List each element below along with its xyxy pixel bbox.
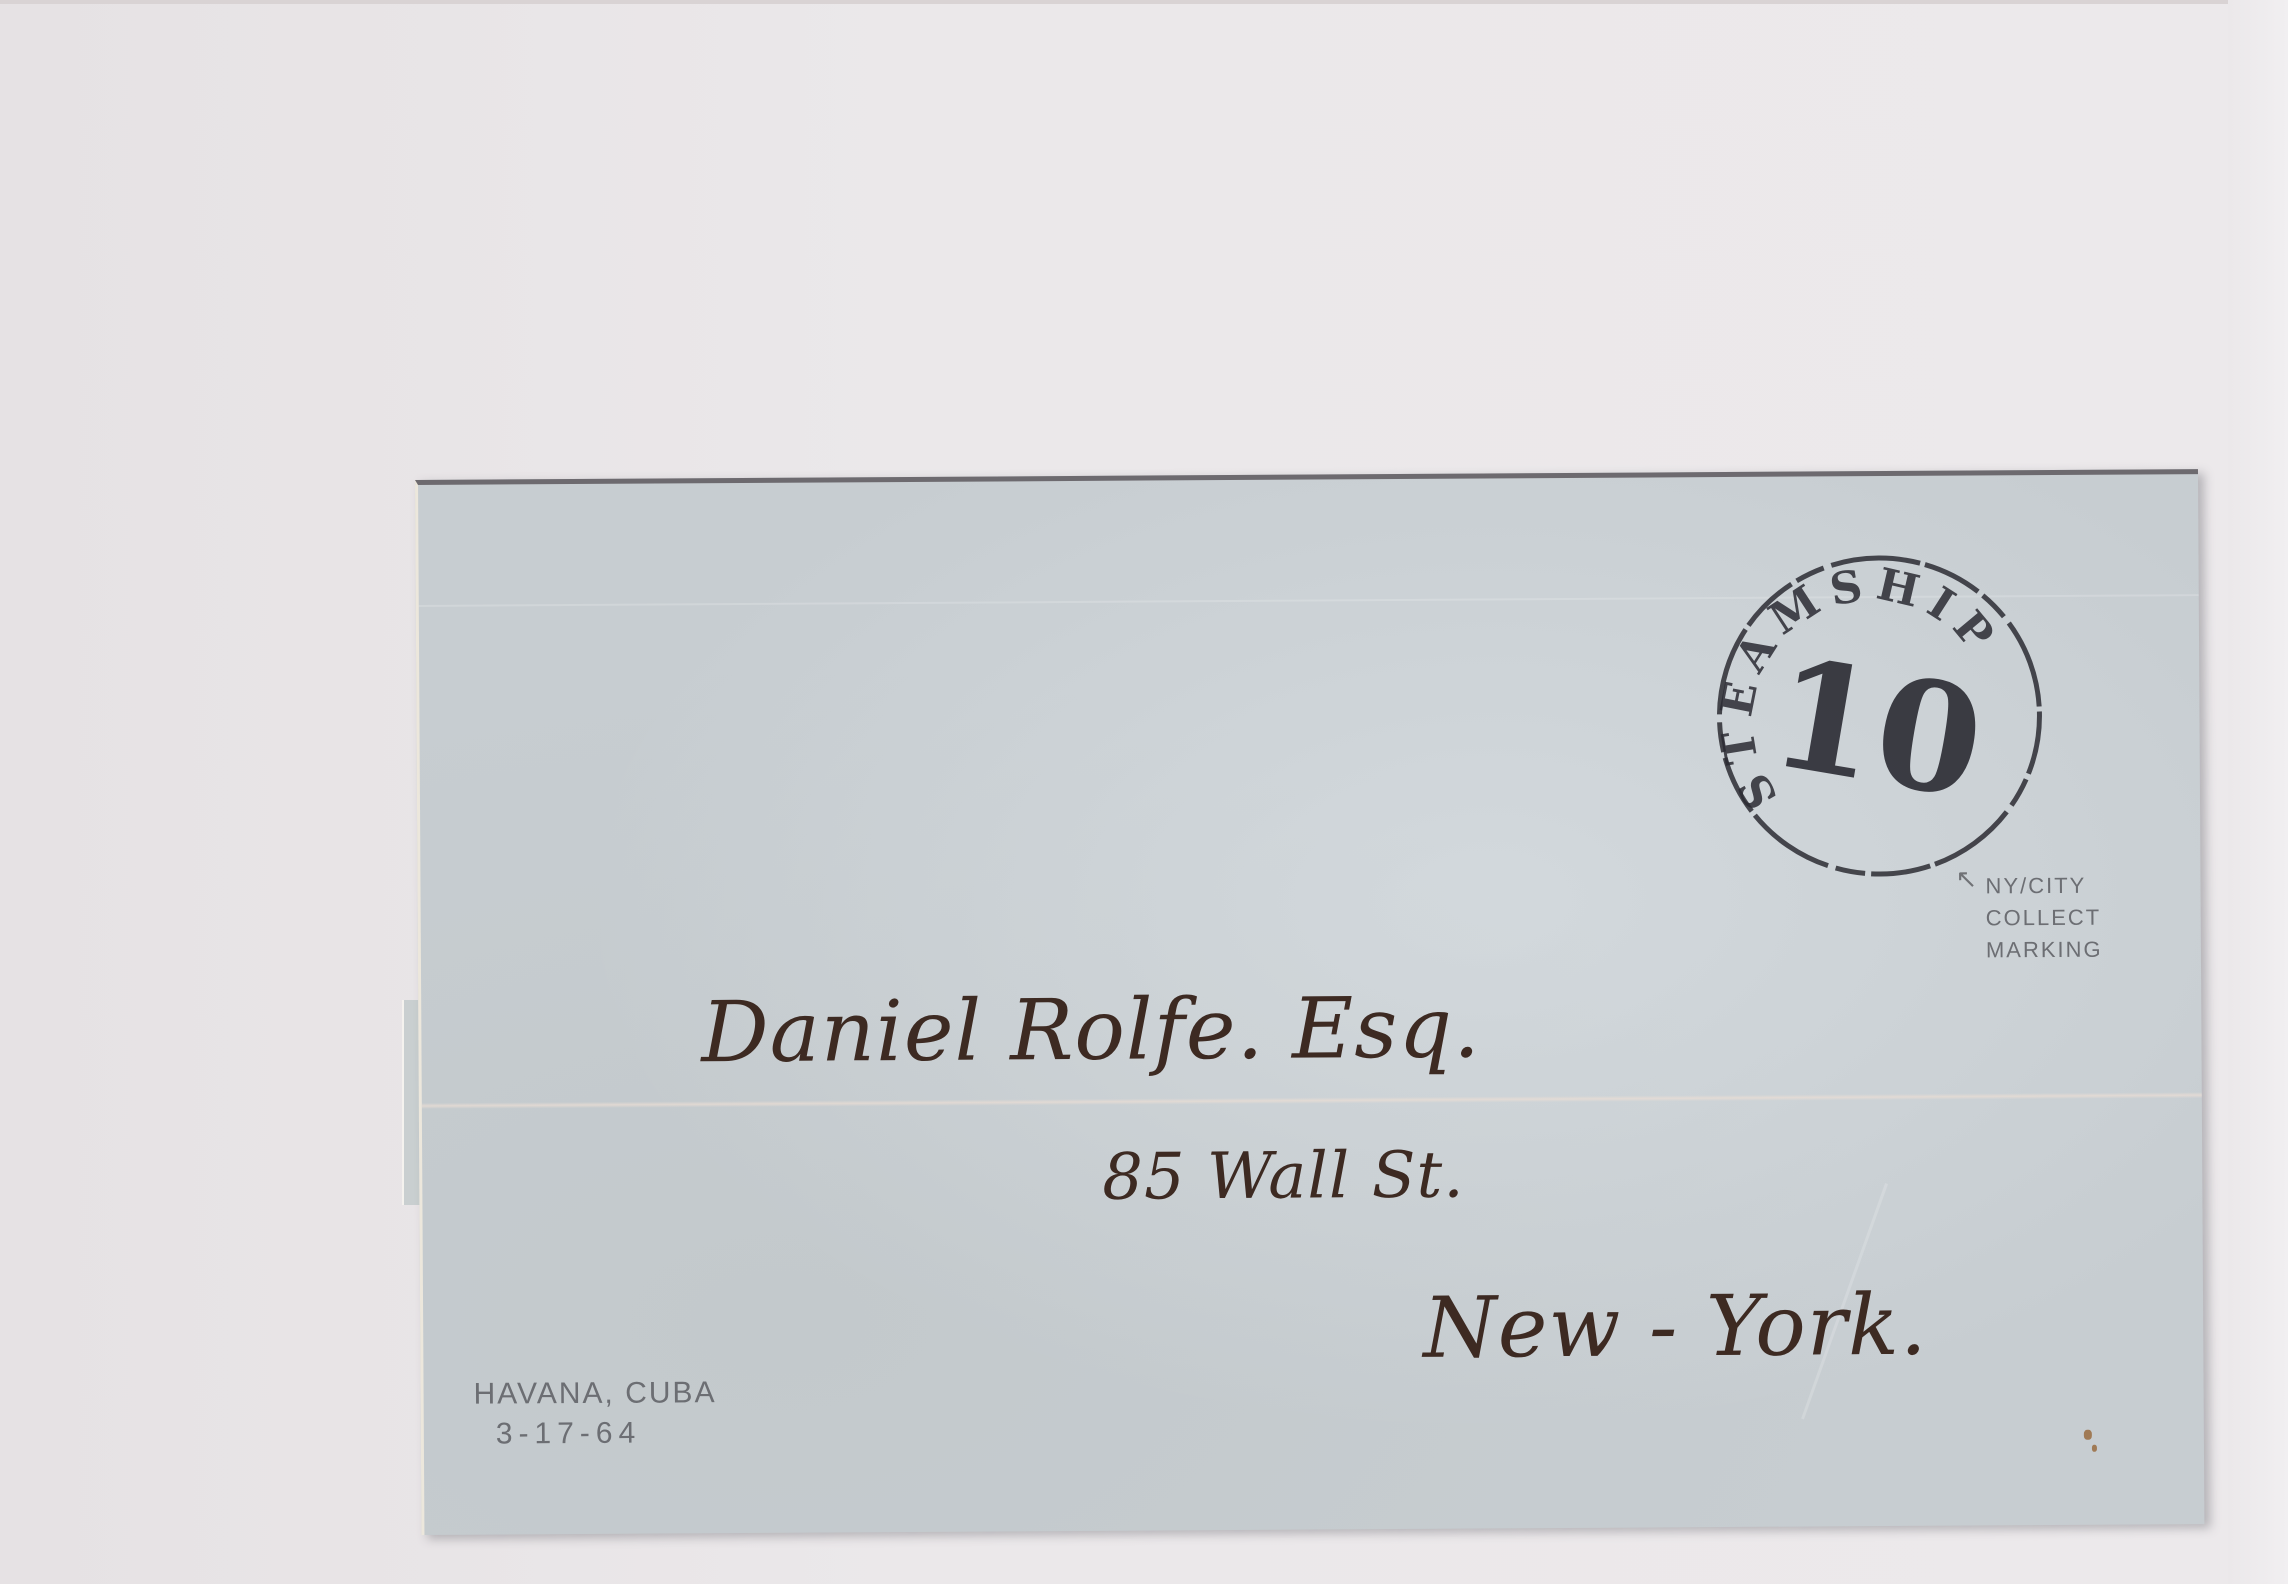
addressee-street: 85 Wall St. [1102,1139,1465,1215]
note-line: NY/CITY [1985,870,2102,903]
addressee-city: New - York. [1423,1276,1928,1377]
foxing-spot [2084,1430,2092,1440]
folded-letter-cover: STEAMSHIP 10 ↖ NY/CITY COLLECT MARKING D… [415,469,2204,1535]
foxing-spot [2092,1445,2097,1452]
note-line: COLLECT [1986,902,2103,935]
note-line: MARKING [1986,934,2103,967]
arrow-up-left-icon: ↖ [1955,862,1979,894]
origin-date: 3-17-64 [474,1413,717,1454]
fold-line [422,1092,2202,1109]
steamship-postmark-icon: STEAMSHIP 10 [1708,545,2050,887]
album-page-edge [2228,0,2288,1584]
handstamp-rate: 10 [1760,625,1995,834]
collect-marking-note: ↖ NY/CITY COLLECT MARKING [1985,870,2102,967]
origin-note: HAVANA, CUBA 3-17-64 [473,1373,716,1454]
origin-place: HAVANA, CUBA [473,1373,716,1414]
addressee-name: Daniel Rolfe. Esq. [701,979,1481,1082]
scanner-top-edge [0,0,2288,4]
steamship-handstamp: STEAMSHIP 10 [1708,545,2050,887]
